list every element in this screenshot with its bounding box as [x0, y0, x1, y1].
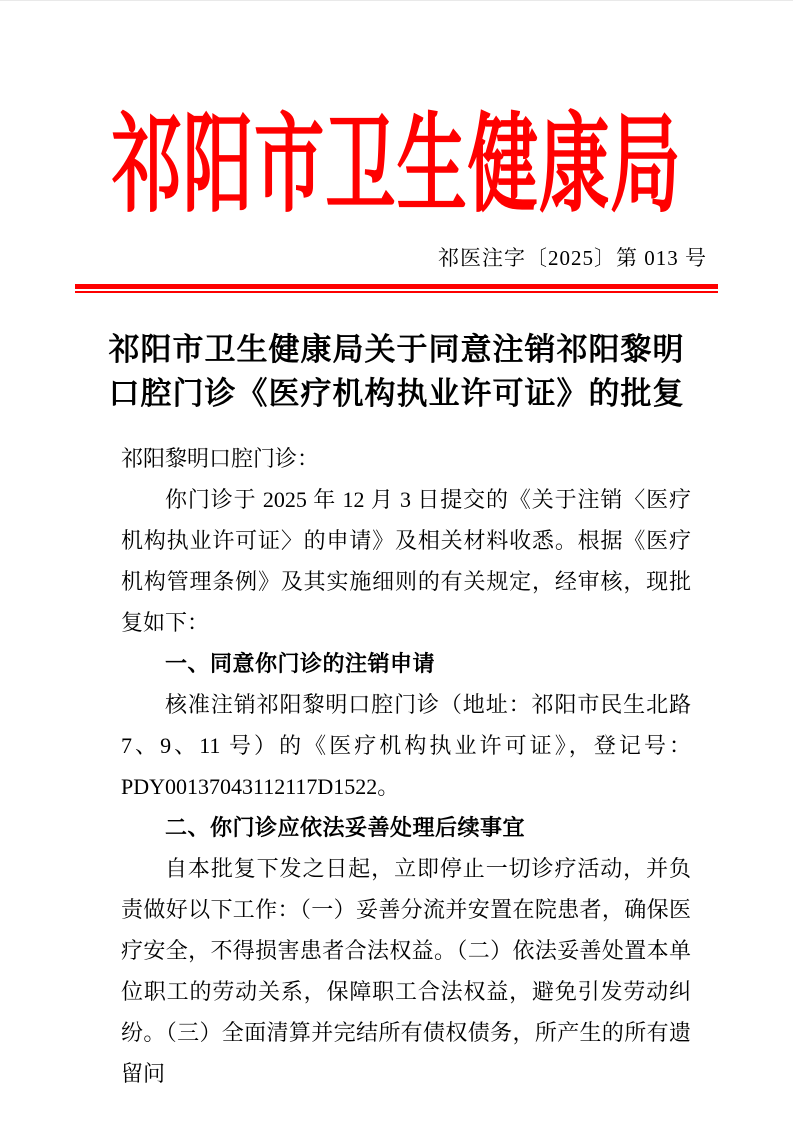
section-1-heading: 一、同意你门诊的注销申请	[121, 643, 691, 684]
document-reference-number: 祁医注字〔2025〕第 013 号	[438, 242, 707, 272]
official-document-page: 祁阳市卫生健康局 祁医注字〔2025〕第 013 号 祁阳市卫生健康局关于同意注…	[0, 0, 793, 1122]
document-title-line-2: 口腔门诊《医疗机构执业许可证》的批复	[0, 372, 793, 416]
document-title-line-1: 祁阳市卫生健康局关于同意注销祁阳黎明	[0, 328, 793, 372]
document-body: 祁阳黎明口腔门诊： 你门诊于 2025 年 12 月 3 日提交的《关于注销〈医…	[121, 438, 691, 1094]
section-2-paragraph: 自本批复下发之日起，立即停止一切诊疗活动，并负责做好以下工作：（一）妥善分流并安…	[121, 848, 691, 1094]
section-1-paragraph: 核准注销祁阳黎明口腔门诊（地址：祁阳市民生北路 7、9、11 号）的《医疗机构执…	[121, 684, 691, 807]
agency-header-title: 祁阳市卫生健康局	[20, 113, 773, 220]
intro-paragraph: 你门诊于 2025 年 12 月 3 日提交的《关于注销〈医疗机构执业许可证〉的…	[121, 479, 691, 643]
red-separator-line	[75, 284, 718, 293]
document-title: 祁阳市卫生健康局关于同意注销祁阳黎明 口腔门诊《医疗机构执业许可证》的批复	[0, 328, 793, 416]
section-2-heading: 二、你门诊应依法妥善处理后续事宜	[121, 807, 691, 848]
salutation-line: 祁阳黎明口腔门诊：	[121, 438, 691, 479]
